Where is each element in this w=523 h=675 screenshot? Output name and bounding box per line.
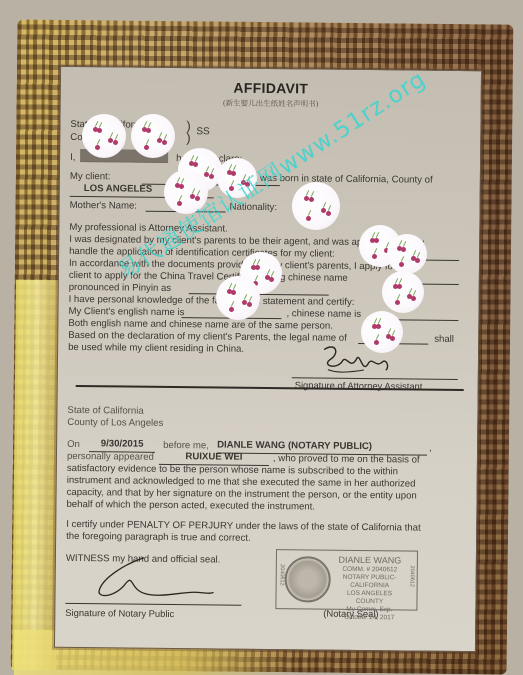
cherry-sticker: [82, 114, 126, 158]
declarant-prefix: I,: [70, 152, 75, 165]
mother-name-label: Mother's Name:: [70, 200, 138, 213]
cherry-icon: [306, 216, 311, 221]
cherry-sticker: [292, 182, 340, 230]
cherry-icon: [269, 277, 274, 282]
cherry-icon: [209, 174, 214, 179]
seal-name: DIANLE WANG: [335, 555, 405, 567]
cherry-icon: [372, 254, 377, 259]
cherry-icon: [326, 211, 331, 216]
cherry-icon: [399, 262, 404, 267]
cherry-icon: [97, 128, 102, 133]
perjury-line-2: the foregoing paragraph is true and corr…: [66, 531, 251, 546]
notary-signature: [85, 553, 226, 604]
cherry-icon: [113, 140, 118, 145]
cherry-icon: [401, 247, 406, 252]
california-seal-icon: [284, 556, 330, 602]
cherry-icon: [146, 128, 151, 133]
ss-label: SS: [196, 126, 209, 139]
cherry-icon: [255, 265, 260, 270]
seal-side-left: 2040612: [278, 564, 286, 586]
notary-county: County of Los Angeles: [67, 417, 163, 431]
cherry-icon: [177, 201, 182, 206]
notary-stamp: 2040612 DIANLE WANG COMM. # 2040612 NOTA…: [275, 549, 418, 610]
seal-side-right: 2040612: [408, 565, 416, 587]
brace-bottom: ): [186, 132, 190, 144]
notary-signature-caption: Signature of Notary Public: [65, 607, 174, 621]
cherry-icon: [309, 197, 314, 202]
cherry-sticker: [361, 311, 403, 353]
body-line-11: be used while my client residing in Chin…: [68, 342, 244, 356]
cherry-icon: [374, 238, 379, 243]
cherry-icon: [415, 258, 420, 263]
cherry-icon: [374, 340, 379, 345]
seal-county: LOS ANGELES COUNTY: [334, 590, 404, 607]
gold-foil-border-left: [12, 280, 60, 670]
cherry-sticker: [387, 234, 427, 274]
cherry-icon: [390, 336, 395, 341]
cherry-icon: [231, 290, 236, 295]
cherry-icon: [395, 300, 400, 305]
cherry-icon: [229, 307, 234, 312]
cherry-icon: [162, 140, 167, 145]
seal-expiry: My Comm. Exp. October 24, 2017: [334, 606, 404, 623]
seal-title: NOTARY PUBLIC-CALIFORNIA: [335, 574, 405, 591]
cherry-icon: [376, 324, 381, 329]
cherry-icon: [411, 296, 416, 301]
comma: ,: [429, 443, 432, 456]
cherry-icon: [397, 284, 402, 289]
cherry-sticker: [131, 114, 175, 158]
cherry-sticker: [382, 271, 424, 313]
cherry-icon: [144, 145, 149, 150]
on-label: On: [67, 439, 80, 452]
attorney-signature-caption: Signature of Attorney Assistant: [295, 379, 423, 393]
body-line-10b: shall: [434, 334, 454, 347]
notary-paragraph-line-4: behalf of which the person acted, execut…: [66, 499, 315, 514]
cherry-icon: [179, 184, 184, 189]
cherry-icon: [247, 302, 252, 307]
cherry-icon: [193, 162, 198, 167]
cherry-sticker: [216, 276, 260, 320]
cherry-icon: [95, 145, 100, 150]
client-label: My client:: [70, 171, 111, 184]
